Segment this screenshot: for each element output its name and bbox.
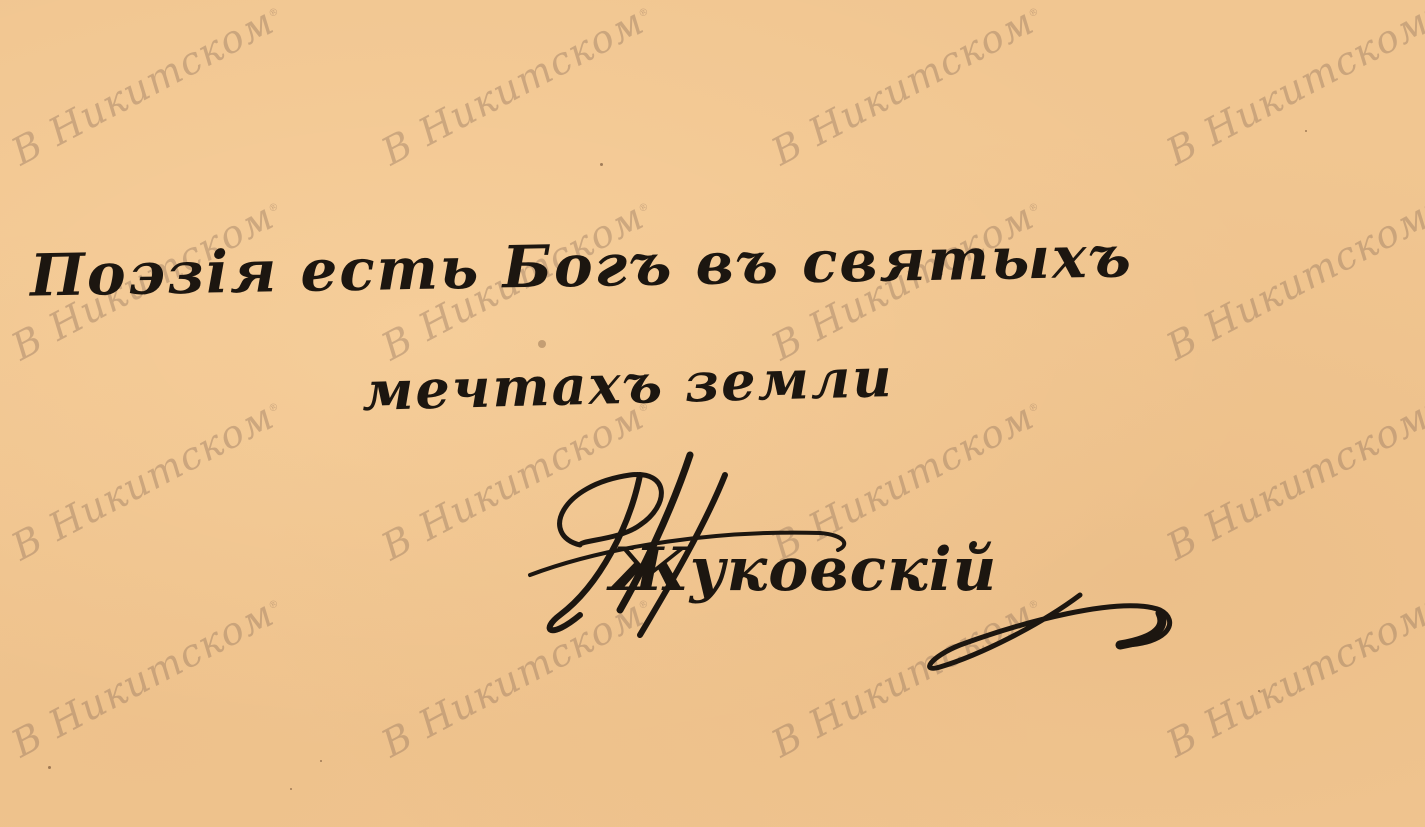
signature: Жуковскій (520, 445, 1180, 675)
signature-name: Жуковскій (610, 535, 997, 605)
paper-speck (290, 788, 292, 790)
paper-speck (538, 340, 546, 348)
paper-speck (48, 766, 51, 769)
paper-speck (600, 163, 603, 166)
paper-speck (320, 760, 322, 762)
paper-speck (1305, 130, 1307, 132)
